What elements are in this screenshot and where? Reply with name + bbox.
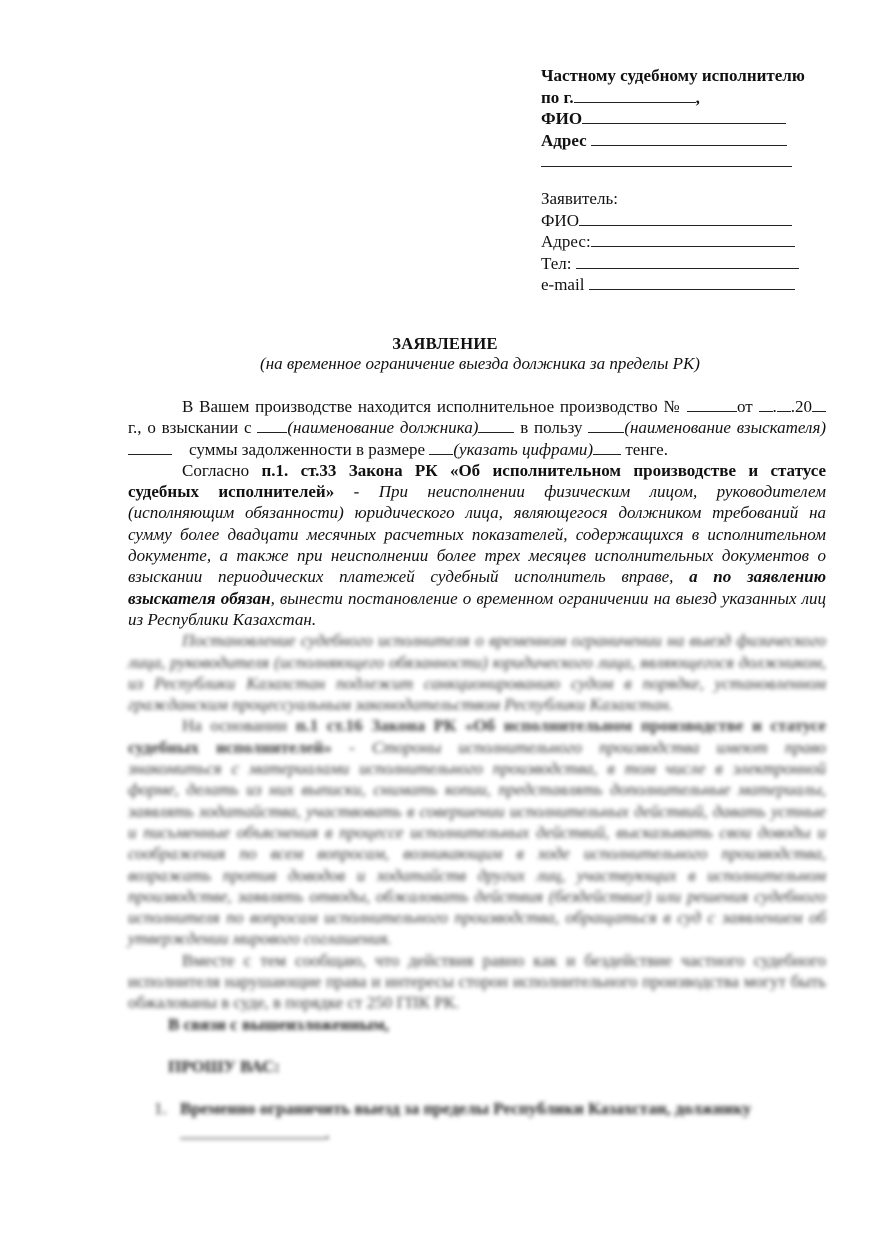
in-connection-line: В связи с вышеизложенным,	[128, 1014, 826, 1035]
paragraph-court-sanction: Постановление судебного исполнителя о вр…	[128, 630, 826, 715]
addressee-line-1: Частному судебному исполнителю	[541, 65, 831, 87]
paragraph-legal-basis-art33: Согласно п.1. ст.33 Закона РК «Об исполн…	[128, 460, 826, 630]
applicant-address-blank[interactable]	[591, 231, 795, 247]
city-blank[interactable]	[574, 87, 696, 103]
amount-blank-post[interactable]	[593, 440, 621, 455]
paragraph-legal-basis-art16: На основании п.1 ст.16 Закона РК «Об исп…	[128, 715, 826, 949]
p2-dash: -	[334, 482, 379, 501]
proceedings-number-blank[interactable]	[687, 397, 737, 412]
creditor-hint: (наименование взыскателя)	[624, 418, 826, 437]
p1-text-3: г., о взыскании с	[128, 418, 252, 437]
p4-quote: Стороны исполнительного производства име…	[128, 738, 826, 949]
paragraph-proceedings: В Вашем производстве находится исполните…	[128, 396, 826, 460]
creditor-blank-pre[interactable]	[588, 418, 624, 433]
p1-year-prefix: .20	[791, 397, 812, 416]
addressee-extra-blank[interactable]	[541, 151, 792, 167]
applicant-phone-label: Тел:	[541, 254, 572, 273]
addressee-fio-line: ФИО	[541, 108, 831, 130]
addressee-address-label: Адрес	[541, 131, 587, 150]
city-suffix: ,	[696, 88, 700, 107]
date-month-blank[interactable]	[777, 397, 791, 412]
p4-lead: На основании	[182, 716, 287, 735]
addressee-address-line: Адрес	[541, 130, 831, 152]
addressee-fio-blank[interactable]	[582, 108, 786, 124]
p2-lead: Согласно	[182, 461, 249, 480]
request-item: 1. Временно ограничить выезд за пределы …	[128, 1098, 826, 1144]
creditor-blank-post[interactable]	[128, 440, 172, 455]
applicant-fio-line: ФИО	[541, 210, 831, 232]
request-number: 1.	[154, 1098, 167, 1119]
date-year-blank[interactable]	[812, 397, 826, 412]
amount-blank-pre[interactable]	[429, 440, 453, 455]
p1-text-5: суммы задолженности в размере	[189, 440, 425, 459]
date-day-blank[interactable]	[759, 397, 773, 412]
applicant-fio-blank[interactable]	[579, 210, 792, 226]
applicant-email-label: e-mail	[541, 275, 584, 294]
applicant-phone-blank[interactable]	[576, 253, 799, 269]
p1-text-6: тенге.	[625, 440, 668, 459]
applicant-block: Заявитель: ФИО Адрес: Тел: e-mail	[541, 188, 831, 296]
addressee-city-line: по г.,	[541, 87, 831, 109]
applicant-address-line: Адрес:	[541, 231, 831, 253]
applicant-email-blank[interactable]	[589, 274, 795, 290]
applicant-address-label: Адрес:	[541, 232, 591, 251]
debtor-blank-pre[interactable]	[257, 418, 287, 433]
request-text: Временно ограничить выезд за пределы Рес…	[180, 1099, 751, 1118]
addressee-extra-line	[541, 151, 831, 173]
document-page: Частному судебному исполнителю по г., ФИ…	[0, 0, 890, 1258]
p1-text-1: В Вашем производстве находится исполните…	[182, 397, 681, 416]
p1-text-4: в пользу	[520, 418, 582, 437]
addressee-address-blank[interactable]	[591, 130, 787, 146]
debtor-blank-post[interactable]	[478, 418, 514, 433]
amount-hint-b: цифрами)	[522, 440, 593, 459]
city-label: по г.	[541, 88, 574, 107]
applicant-phone-line: Тел:	[541, 253, 831, 275]
amount-hint-a: (указать	[453, 440, 517, 459]
request-list: 1. Временно ограничить выезд за пределы …	[128, 1098, 826, 1144]
p4-dash: -	[332, 738, 372, 757]
addressee-block: Частному судебному исполнителю по г., ФИ…	[541, 65, 831, 173]
paragraph-appeal-notice: Вместе с тем сообщаю, что действия равно…	[128, 950, 826, 1014]
document-title: ЗАЯВЛЕНИЕ	[0, 334, 890, 354]
debtor-hint: (наименование должника)	[287, 418, 478, 437]
applicant-fio-label: ФИО	[541, 211, 579, 230]
request-heading: ПРОШУ ВАС:	[128, 1056, 826, 1077]
p1-text-2: от	[737, 397, 753, 416]
document-body: В Вашем производстве находится исполните…	[128, 396, 826, 1144]
applicant-heading: Заявитель:	[541, 188, 831, 210]
document-subtitle: (на временное ограничение выезда должник…	[0, 354, 890, 374]
request-suffix: .	[325, 1124, 329, 1143]
debtor-name-blank[interactable]	[180, 1120, 325, 1139]
addressee-fio-label: ФИО	[541, 109, 582, 128]
applicant-email-line: e-mail	[541, 274, 831, 296]
